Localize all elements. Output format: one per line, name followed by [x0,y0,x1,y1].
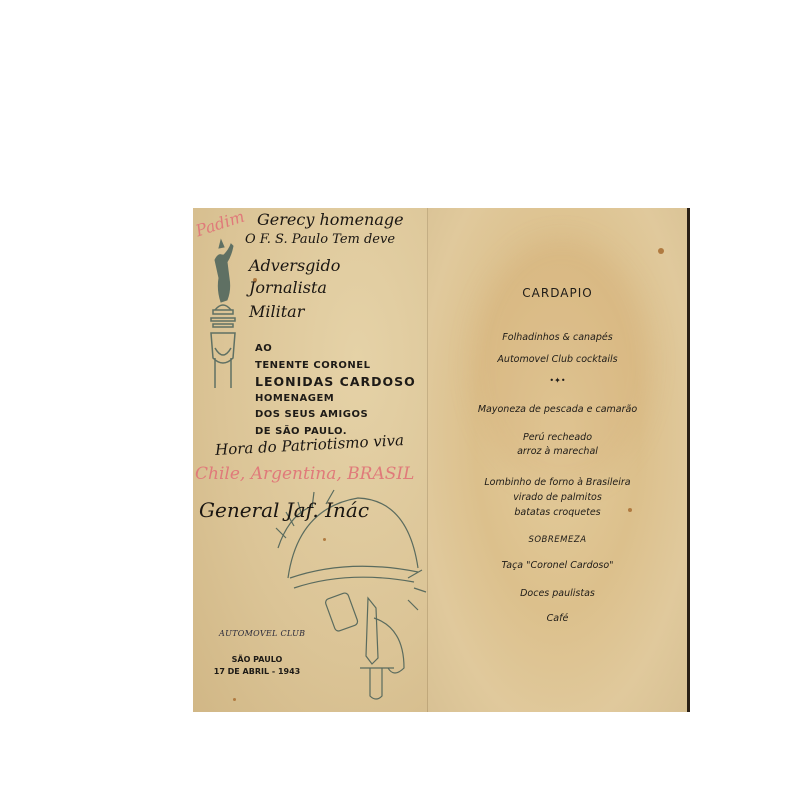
menu-item: batatas croquetes [428,505,687,520]
handwritten-line: Gerecy homenage [257,210,404,229]
handwritten-line: O F. S. Paulo Tem deve [245,232,395,247]
dessert-heading: SOBREMEZA [428,535,687,545]
handwritten-red-top: Padim [193,207,247,241]
ornament: •✦• [428,376,687,385]
dedication-line: TENENTE CORONEL [255,358,416,375]
place-and-date: SÃO PAULO 17 DE ABRIL - 1943 [211,654,303,678]
right-panel-menu: CARDAPIO Folhadinhos & canapés Automovel… [428,208,687,712]
dessert-item: Café [428,611,687,626]
statue-illustration [201,238,251,438]
menu-item: Perú recheado [428,430,687,445]
menu-content: CARDAPIO Folhadinhos & canapés Automovel… [428,208,687,712]
handwritten-signature: General Jaf. Inác [199,498,369,522]
city: SÃO PAULO [211,654,303,666]
handwritten-line: Militar [249,302,304,321]
menu-item: Folhadinhos & canapés [428,330,687,345]
honoree-name: LEONIDAS CARDOSO [255,374,416,391]
handwritten-red-middle: Chile, Argentina, BRASIL [195,464,414,484]
dedication-line: HOMENAGEM [255,391,416,408]
club-name: AUTOMOVEL CLUB [219,629,305,638]
handwritten-line: Jornalista [249,278,327,297]
menu-item: Mayoneza de pescada e camarão [428,402,687,417]
dedication-line: AO [255,341,416,358]
menu-item: virado de palmitos [428,490,687,505]
left-panel-dedication: AO TENENTE CORONEL LEONIDAS CARDOSO HOME… [193,208,428,712]
handwritten-line: Adversgido [249,256,340,275]
menu-item: Lombinho de forno à Brasileira [428,475,687,490]
menu-title: CARDAPIO [428,286,687,300]
dedication-text: AO TENENTE CORONEL LEONIDAS CARDOSO HOME… [255,341,416,440]
menu-item: Automovel Club cocktails [428,352,687,367]
menu-card: AO TENENTE CORONEL LEONIDAS CARDOSO HOME… [193,208,687,712]
dessert-item: Doces paulistas [428,586,687,601]
dedication-line: DOS SEUS AMIGOS [255,407,416,424]
dessert-item: Taça "Coronel Cardoso" [428,558,687,573]
date: 17 DE ABRIL - 1943 [211,666,303,678]
menu-item: arroz à marechal [428,444,687,459]
